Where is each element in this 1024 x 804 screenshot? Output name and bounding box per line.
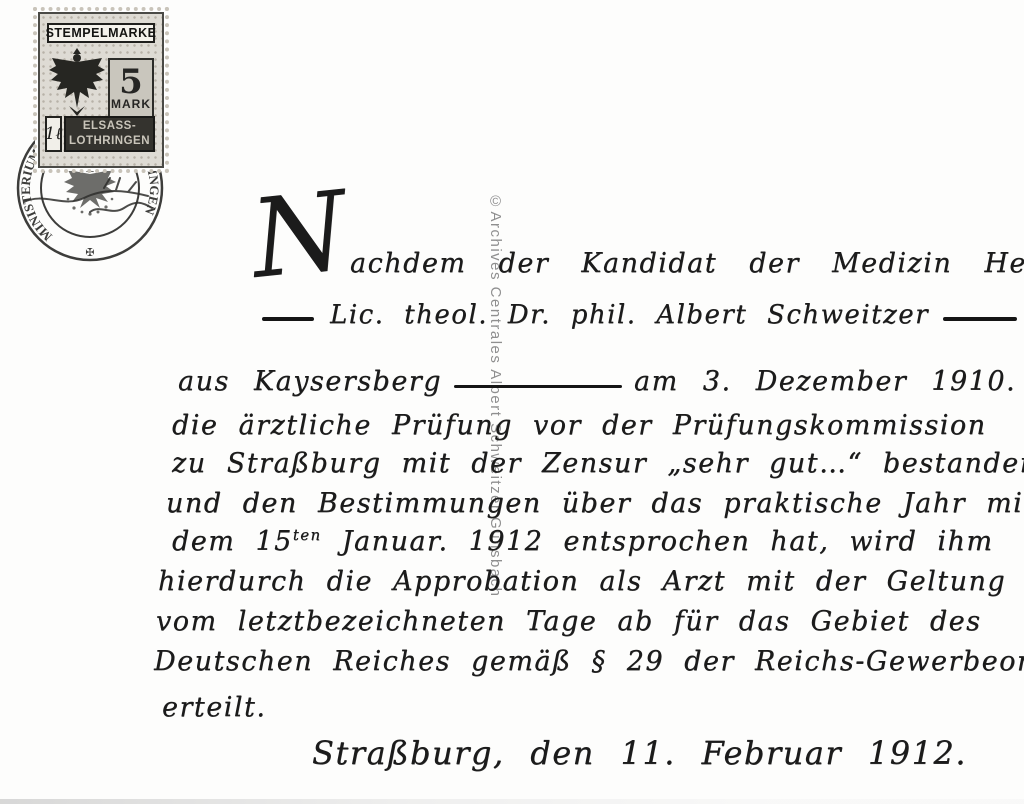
body-line-5: zu Straßburg mit der Zensur „sehr gut…“ …	[172, 448, 1024, 479]
ornate-initial: N	[252, 231, 347, 241]
body-line-10: Deutschen Reiches gemäß § 29 der Reichs-…	[154, 646, 1024, 677]
body-line-2: Lic. theol. Dr. phil. Albert Schweitzer.	[262, 300, 1024, 330]
revenue-stamp: STEMPELMARKE 5 MARK 1ℓ ELSASS- LOTHRINGE…	[38, 12, 164, 168]
stamp-value-panel: 5 MARK	[108, 58, 154, 120]
stamp-region-line2: LOTHRINGEN	[69, 134, 150, 149]
exam-date: am 3. Dezember 1910.	[634, 366, 1016, 397]
document-scan: ©Archives Centrales Albert Schweitzer Gu…	[0, 0, 1024, 804]
fill-rule-right	[943, 317, 1017, 321]
body-line-6: und den Bestimmungen über das praktische…	[166, 488, 1024, 519]
stamp-region-line1: ELSASS-	[83, 119, 136, 134]
stamp-region-band: ELSASS- LOTHRINGEN	[64, 116, 155, 152]
body-line-7-pre: dem 15	[172, 526, 293, 557]
imperial-eagle-icon	[46, 46, 108, 118]
scan-edge-shadow	[0, 799, 1024, 804]
seal-bottom-cross: ✠	[85, 246, 94, 259]
candidate-name: Lic. theol. Dr. phil. Albert Schweitzer	[330, 300, 929, 330]
body-line-4: die ärztliche Prüfung vor der Prüfungsko…	[172, 410, 987, 441]
body-line-1-text: achdem der Kandidat der Medizin Herr… .	[350, 248, 1024, 279]
body-line-9: vom letztbezeichneten Tage ab für das Ge…	[156, 606, 982, 637]
stamp-value: 5	[119, 67, 143, 97]
cancellation-strokes	[20, 150, 180, 230]
birthplace: aus Kaysersberg	[178, 366, 442, 397]
stamp-corner-mark: 1ℓ	[45, 116, 62, 152]
body-line-11: erteilt.	[162, 692, 266, 723]
fill-rule-middle	[454, 385, 622, 388]
ordinal-superscript: ten	[293, 526, 322, 544]
fill-rule-left	[262, 317, 314, 321]
body-line-7: dem 15ten Januar. 1912 entsprochen hat, …	[172, 526, 994, 557]
place-date-line: Straßburg, den 11. Februar 1912.	[312, 734, 967, 772]
body-line-8: hierdurch die Approbation als Arzt mit d…	[158, 566, 1006, 597]
stamp-value-unit: MARK	[111, 97, 151, 111]
stamp-header-label: STEMPELMARKE	[47, 23, 155, 43]
body-line-1: Nachdem der Kandidat der Medizin Herr… .	[252, 236, 1024, 279]
body-line-7-post: Januar. 1912 entsprochen hat, wird ihm	[322, 526, 994, 557]
body-line-3: aus Kaysersbergam 3. Dezember 1910.	[178, 366, 1016, 397]
